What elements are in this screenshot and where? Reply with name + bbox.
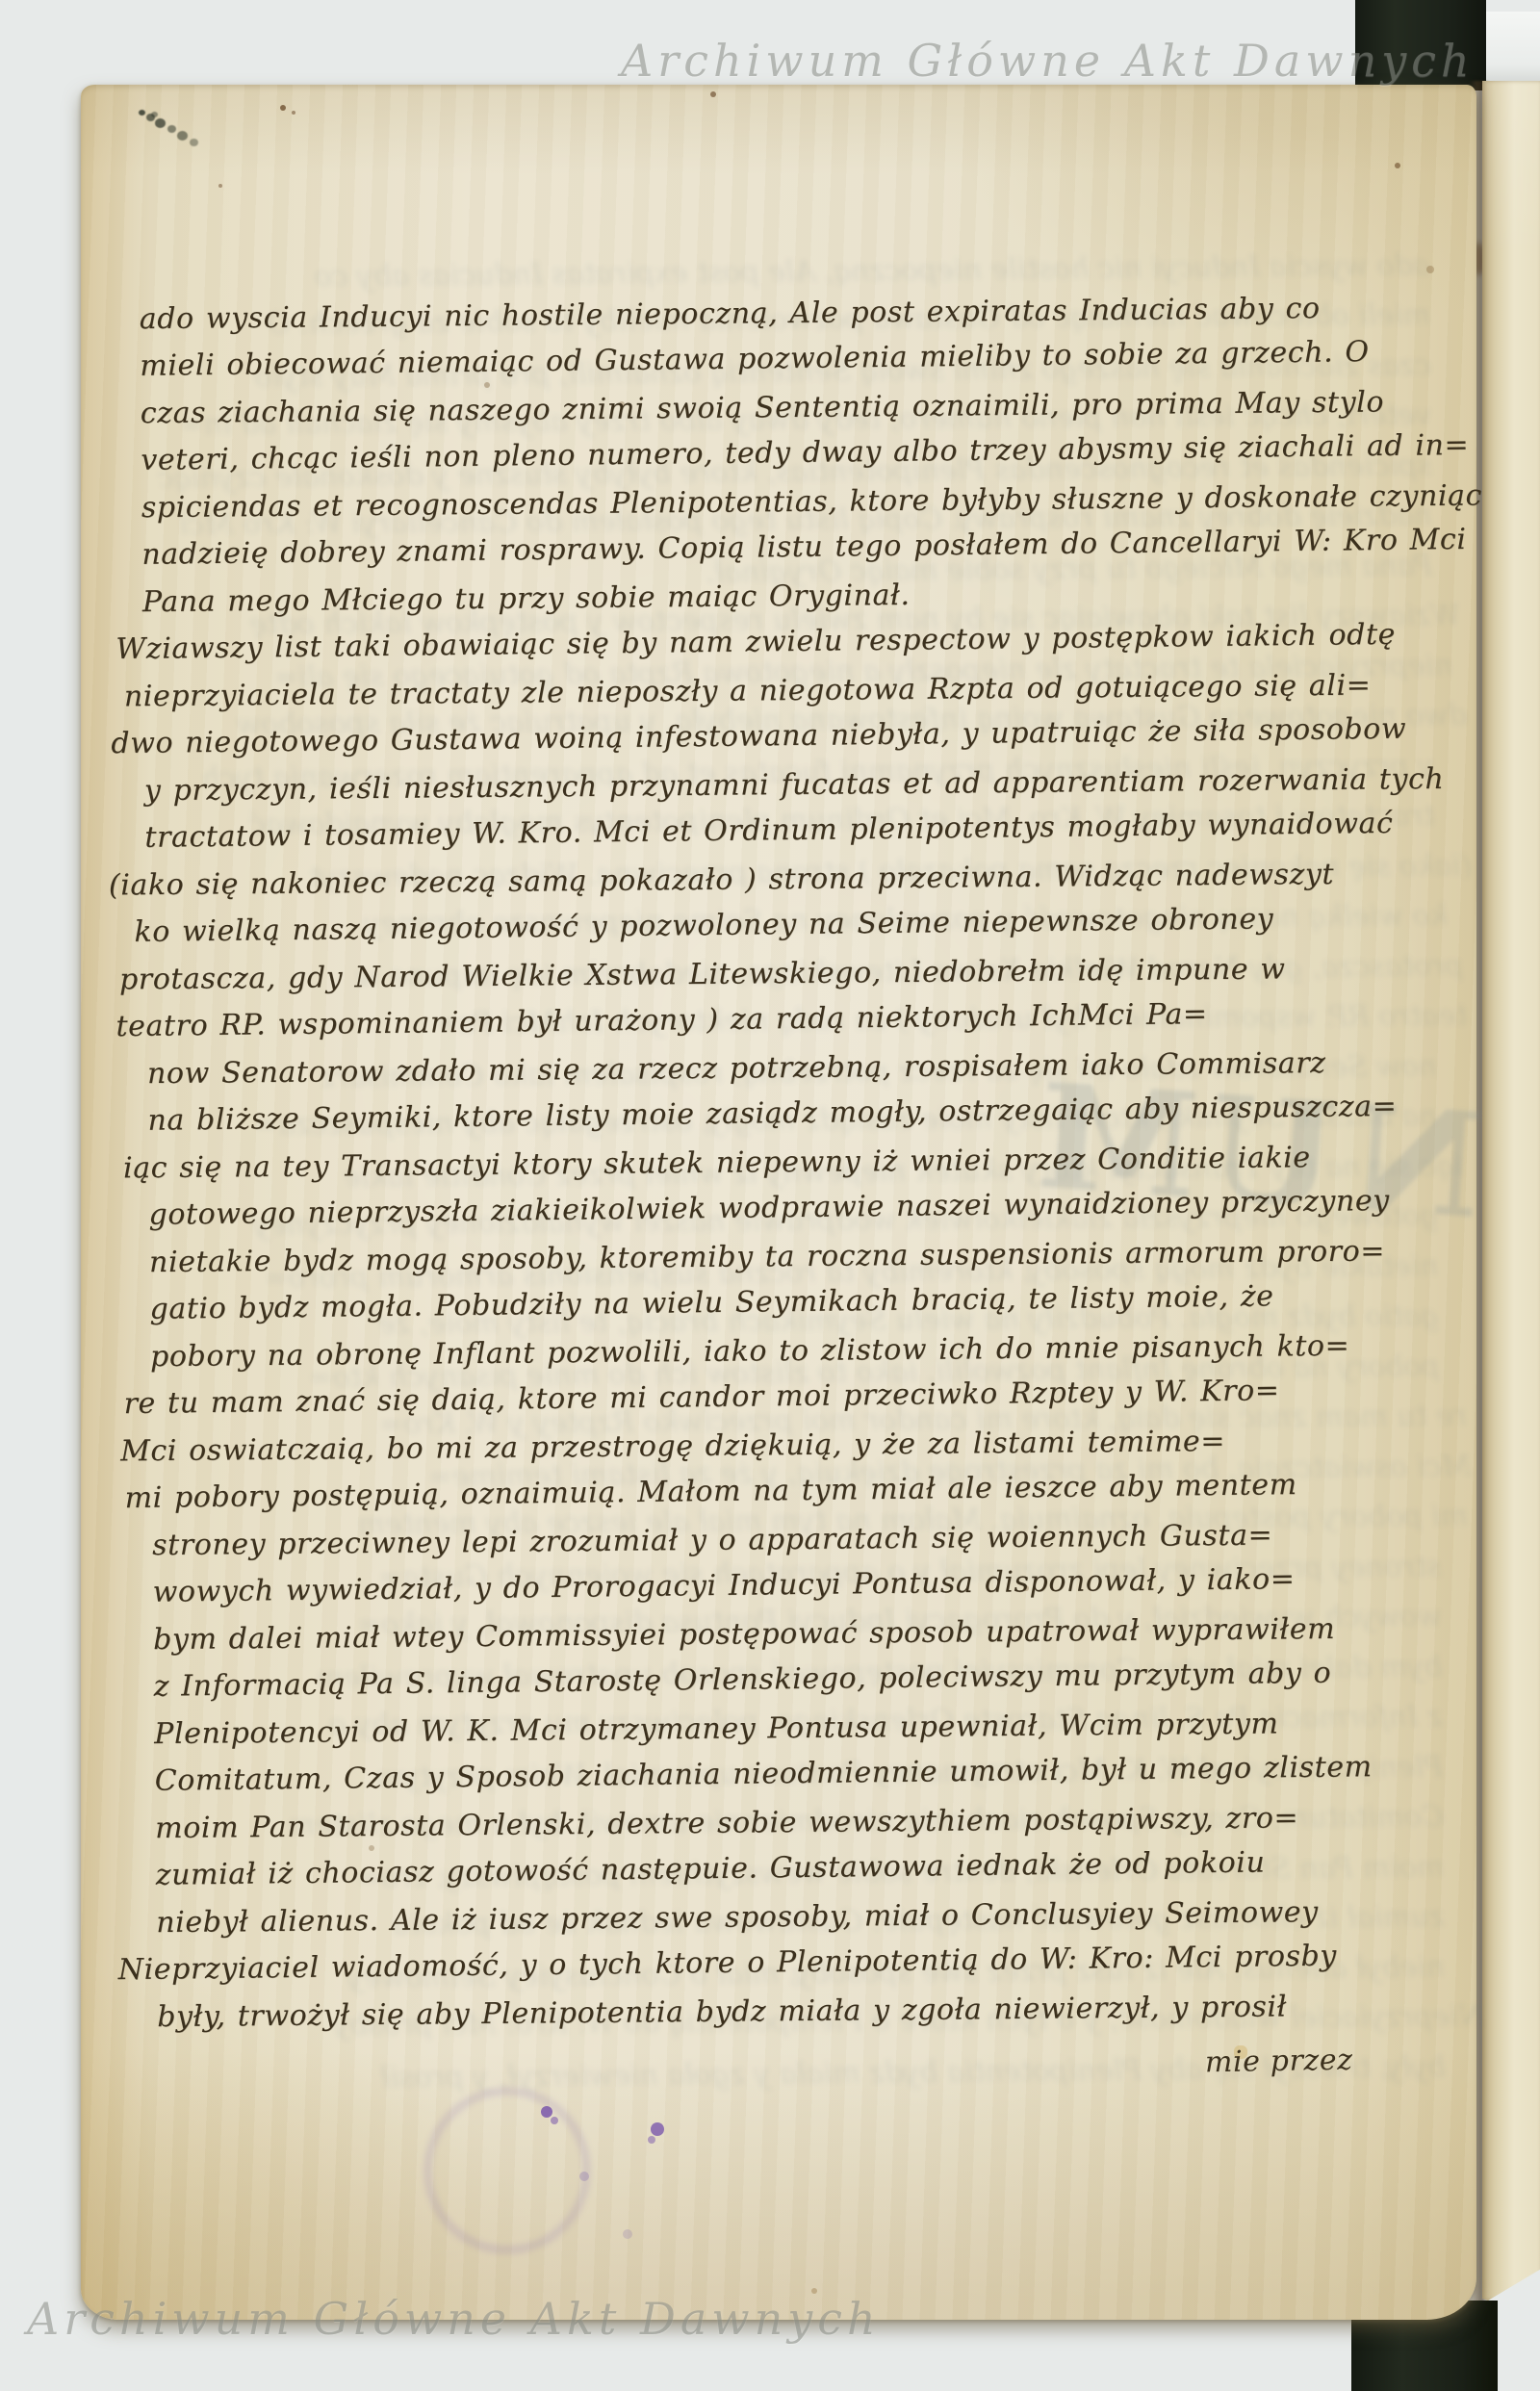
archive-stamp-remnant <box>423 2087 591 2254</box>
backing-paper <box>1486 12 1540 89</box>
next-page-edge <box>1482 81 1540 2301</box>
binding-ribbon-top <box>1355 0 1486 90</box>
manuscript-page: ado wyscia Inducyi nic hostile niepoczną… <box>81 85 1476 2320</box>
archive-watermark-top: Archiwum Główne Akt Dawnych <box>621 35 1475 87</box>
archive-scan-viewport: { "document_type": "scanned archival man… <box>0 0 1540 2391</box>
catchword: mie przez <box>1205 2044 1353 2080</box>
ink-smudge <box>139 110 145 116</box>
stamp-ink-dots <box>81 85 87 90</box>
manuscript-text: ado wyscia Inducyi nic hostile niepoczną… <box>140 282 1459 2041</box>
